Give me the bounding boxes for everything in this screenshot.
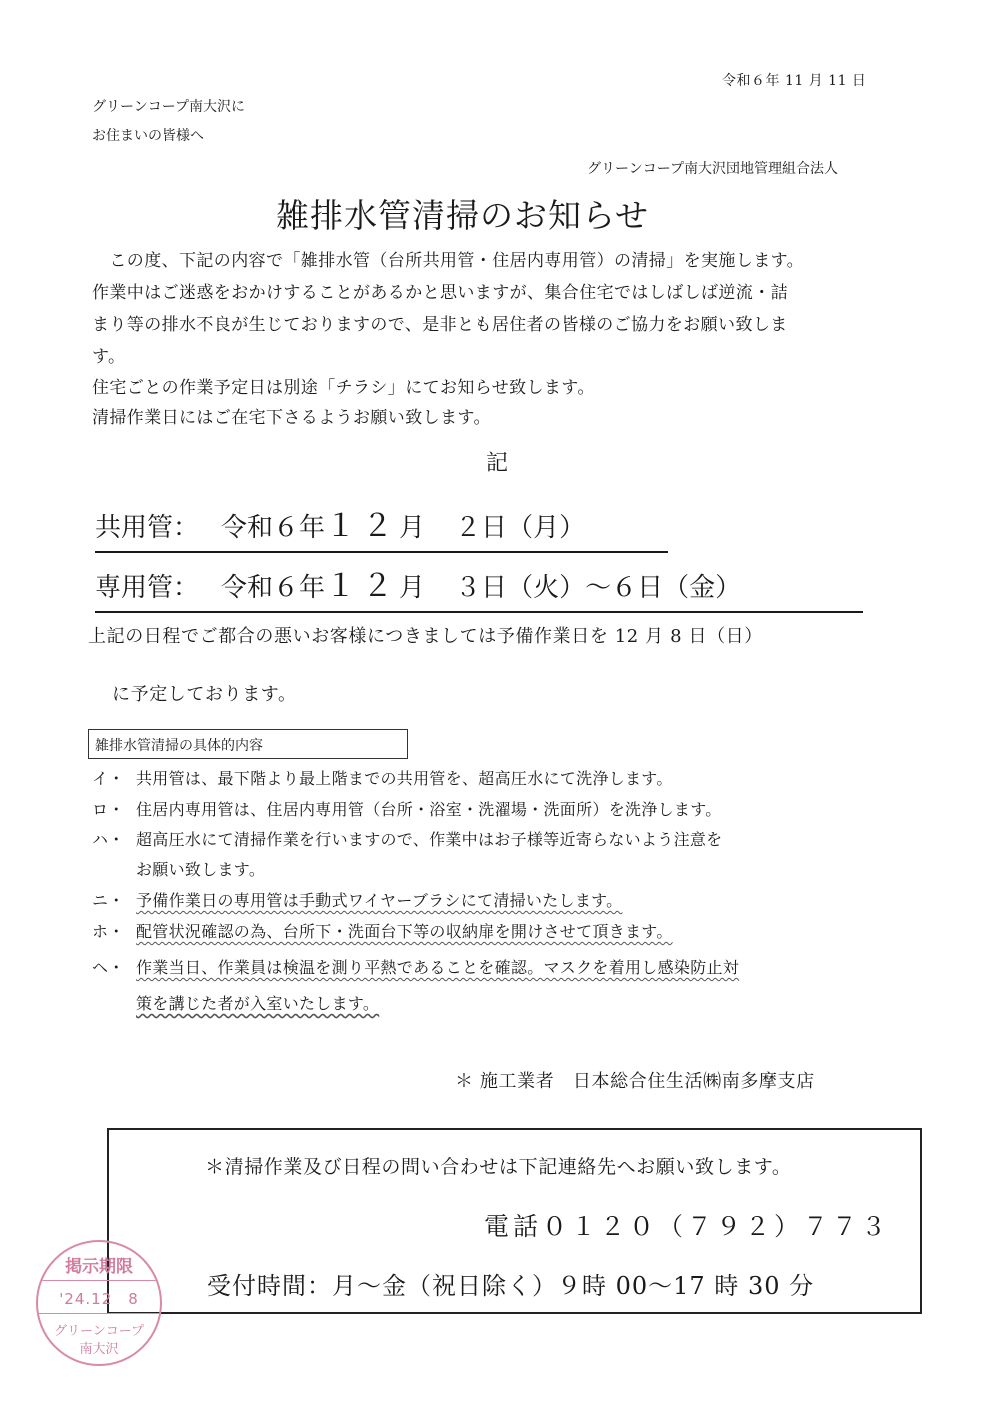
schedule-month-unit: 月 [399, 513, 425, 543]
schedule-shared-pipe: 共用管：令和６年１２月２日（月） [95, 500, 668, 553]
intro-line-2: 作業中はご迷惑をおかけすることがあるかと思いますが、集合住宅ではしばしば逆流・詰 [92, 278, 788, 303]
item-text: 共用管は、最下階より最上階までの共用管を、超高圧水にて洗浄します。 [136, 769, 673, 788]
item-text: 住居内専用管は、住居内専用管（台所・浴室・洗濯場・洗面所）を洗浄します。 [136, 800, 722, 819]
detail-item-ha: ハ・超高圧水にて清掃作業を行いますので、作業中はお子様等近寄らないよう注意を [92, 827, 722, 850]
schedule-label: 専用管： [95, 573, 199, 603]
schedule-private-pipe: 専用管：令和６年１２月３日（火）～６日（金） [95, 560, 863, 613]
item-marker: ヘ・ [92, 955, 136, 978]
item-text: 予備作業日の専用管は手動式ワイヤーブラシにて清掃いたします。 [136, 891, 622, 910]
item-text: 作業当日、作業員は検温を測り平熱であることを確認。マスクを着用し感染防止対 [136, 958, 739, 977]
item-marker: ニ・ [92, 888, 136, 911]
posting-deadline-stamp: 掲示期限 '24.12 8 グリーンコープ 南大沢 [36, 1240, 162, 1366]
detail-item-he: ヘ・作業当日、作業員は検温を測り平熱であることを確認。マスクを着用し感染防止対 [92, 955, 739, 978]
stamp-date: '24.12 8 [38, 1280, 160, 1314]
recipient-line-1: グリーンコープ南大沢に [92, 96, 245, 116]
item-marker: ホ・ [92, 919, 136, 942]
detail-item-he-continued: 策を講じた者が入室いたします。 [136, 991, 379, 1014]
item-marker: ロ・ [92, 797, 136, 820]
contact-hours: 受付時間：月～金（祝日除く）９時 00～17 時 30 分 [207, 1266, 814, 1301]
schedule-day: ３日 [455, 573, 507, 603]
item-text: 策を講じた者が入室いたします。 [136, 994, 379, 1013]
schedule-month: １２ [325, 568, 399, 604]
intro-line-6: 清掃作業日にはご在宅下さるようお願い致します。 [92, 403, 491, 428]
detail-item-ro: ロ・住居内専用管は、住居内専用管（台所・浴室・洗濯場・洗面所）を洗浄します。 [92, 797, 722, 820]
reserve-date-note-line-1: 上記の日程でご都合の悪いお客様につきましては予備作業日を 12 月 8 日（日） [88, 622, 763, 648]
sender: グリーンコープ南大沢団地管理組合法人 [587, 158, 838, 178]
intro-line-3: まり等の排水不良が生じておりますので、是非とも居住者の皆様のご協力をお願い致しま [92, 310, 788, 335]
detail-item-i: イ・共用管は、最下階より最上階までの共用管を、超高圧水にて洗浄します。 [92, 766, 673, 789]
item-marker: イ・ [92, 766, 136, 789]
recipient-line-2: お住まいの皆様へ [92, 125, 204, 145]
intro-line-1: この度、下記の内容で「雑排水管（台所共用管・住居内専用管）の清掃」を実施します。 [92, 246, 804, 271]
intro-line-4: す。 [92, 342, 125, 367]
schedule-month-unit: 月 [399, 573, 425, 603]
page-title: 雑排水管清掃のお知らせ [276, 190, 649, 237]
schedule-month: １２ [325, 508, 399, 544]
item-text: 超高圧水にて清掃作業を行いますので、作業中はお子様等近寄らないよう注意を [136, 830, 722, 849]
contact-inquiry-text: ＊清掃作業及び日程の問い合わせは下記連絡先へお願い致します。 [205, 1152, 791, 1179]
details-heading-box: 雑排水管清掃の具体的内容 [88, 729, 408, 759]
schedule-label: 共用管： [95, 513, 199, 543]
contact-phone: 電話０１２０（７９２）７７３ [484, 1207, 890, 1243]
contractor: ＊ 施工業者 日本総合住生活㈱南多摩支店 [455, 1067, 815, 1093]
schedule-era-year: 令和６年 [221, 573, 325, 603]
schedule-range-end: ～６日（金） [585, 573, 741, 603]
schedule-era-year: 令和６年 [221, 513, 325, 543]
schedule-weekday: （火） [507, 573, 585, 603]
intro-line-5: 住宅ごとの作業予定日は別途「チラシ」にてお知らせ致します。 [92, 373, 595, 398]
stamp-org-line-1: グリーンコープ [38, 1320, 160, 1339]
detail-item-ni: ニ・予備作業日の専用管は手動式ワイヤーブラシにて清掃いたします。 [92, 888, 622, 911]
item-marker: ハ・ [92, 827, 136, 850]
schedule-day: ２日 [455, 513, 507, 543]
detail-item-ho: ホ・配管状況確認の為、台所下・洗面台下等の収納扉を開けさせて頂きます。 [92, 919, 673, 942]
reserve-date-note-line-2: に予定しております。 [112, 680, 297, 706]
item-text: 配管状況確認の為、台所下・洗面台下等の収納扉を開けさせて頂きます。 [136, 922, 673, 941]
stamp-org-line-2: 南大沢 [38, 1338, 160, 1357]
ki-heading: 記 [486, 446, 508, 477]
stamp-title: 掲示期限 [38, 1252, 160, 1277]
notice-date: 令和６年 11 月 11 日 [722, 70, 866, 90]
schedule-weekday: （月） [507, 513, 585, 543]
detail-item-ha-continued: お願い致します。 [136, 857, 265, 880]
